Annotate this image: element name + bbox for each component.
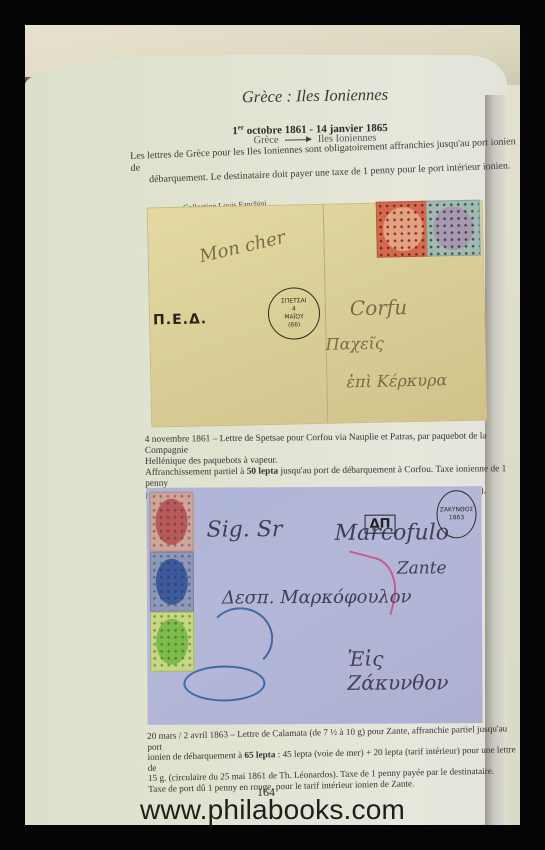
- address-line: ἐπὶ Κέρκυρα: [346, 370, 447, 391]
- stamp-green: [150, 612, 194, 672]
- stamp-rose: [149, 492, 193, 552]
- blue-oval-postmark: [183, 665, 265, 701]
- caption-figure-2: 20 mars / 2 avril 1863 – Lettre de Calam…: [147, 723, 518, 794]
- book-page: Grèce : Iles Ioniennes 1er octobre 1861 …: [25, 55, 507, 825]
- book-photo: Grèce : Iles Ioniennes 1er octobre 1861 …: [25, 25, 520, 825]
- cover-image-spetsae: ΣΠΕΤΣΑΙ 4 ΜΑΪΟΥ (66) Π.Ε.Δ. Mon cher Cor…: [148, 202, 486, 427]
- address-line: Corfu: [350, 295, 408, 320]
- stamp-green: [426, 200, 481, 257]
- postmark-spetsai: ΣΠΕΤΣΑΙ 4 ΜΑΪΟΥ (66): [267, 287, 320, 340]
- address-line: Zante: [397, 558, 447, 578]
- address-line: Marcofulo: [335, 520, 449, 546]
- intro-paragraph: Les lettres de Grèce pour les Iles Ionie…: [130, 136, 520, 187]
- handstamp-ped: Π.Ε.Δ.: [153, 311, 207, 328]
- address-line: Παχεῖς: [325, 334, 384, 354]
- arrow-right-icon: [285, 139, 311, 141]
- cover-image-calamata: ΔΠ ΖΑΚΥΝΘΟΣ 1863 Sig. Sr Marcofulo Zante…: [146, 486, 482, 725]
- blue-circular-postmark: [207, 607, 273, 669]
- running-head: Grèce : Iles Ioniennes: [225, 84, 405, 107]
- address-line: Ἐἰς Ζάκυνθον: [347, 646, 482, 695]
- stamp-blue: [150, 552, 194, 612]
- watermark-url: www.philabooks.com: [25, 794, 520, 826]
- stamp-red: [376, 201, 431, 258]
